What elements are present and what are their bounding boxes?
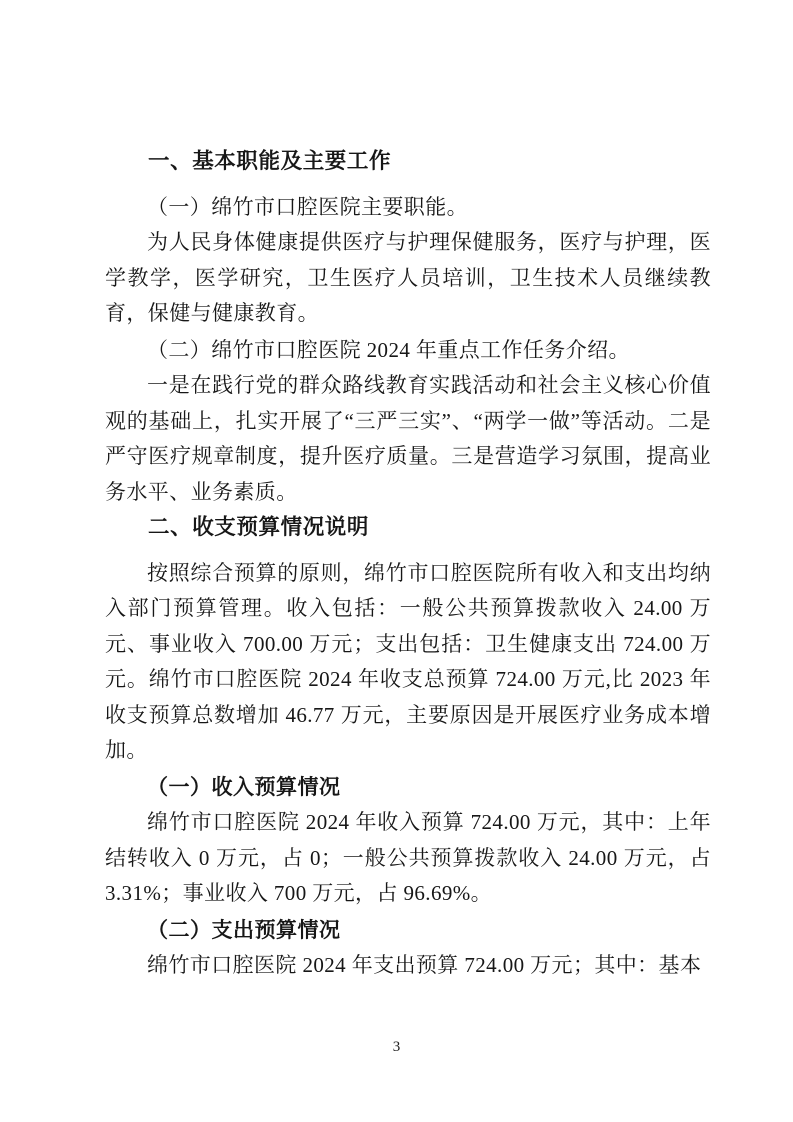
section-heading-basic-functions: 一、基本职能及主要工作: [105, 144, 711, 180]
clause-heading-revenue-budget: （一）收入预算情况: [105, 770, 711, 806]
page-number: 3: [0, 1039, 793, 1056]
clause-heading-main-functions: （一）绵竹市口腔医院主要职能。: [105, 190, 711, 226]
paragraph-key-tasks: 一是在践行党的群众路线教育实践活动和社会主义核心价值观的基础上，扎实开展了“三严…: [105, 368, 711, 510]
document-body: 一、基本职能及主要工作 （一）绵竹市口腔医院主要职能。 为人民身体健康提供医疗与…: [105, 144, 711, 984]
paragraph-functions-description: 为人民身体健康提供医疗与护理保健服务，医疗与护理，医学教学，医学研究，卫生医疗人…: [105, 225, 711, 332]
paragraph-revenue-budget: 绵竹市口腔医院 2024 年收入预算 724.00 万元，其中：上年结转收入 0…: [105, 805, 711, 912]
clause-heading-key-tasks: （二）绵竹市口腔医院 2024 年重点工作任务介绍。: [105, 333, 711, 369]
paragraph-budget-overview: 按照综合预算的原则，绵竹市口腔医院所有收入和支出均纳入部门预算管理。收入包括：一…: [105, 556, 711, 769]
section-heading-budget-overview: 二、收支预算情况说明: [105, 510, 711, 546]
document-page: 一、基本职能及主要工作 （一）绵竹市口腔医院主要职能。 为人民身体健康提供医疗与…: [0, 0, 793, 1122]
paragraph-expenditure-budget: 绵竹市口腔医院 2024 年支出预算 724.00 万元；其中：基本: [105, 948, 711, 984]
clause-heading-expenditure-budget: （二）支出预算情况: [105, 913, 711, 949]
